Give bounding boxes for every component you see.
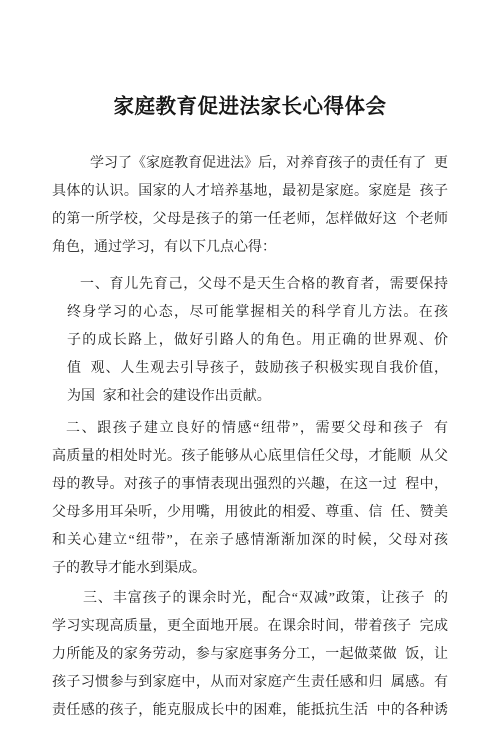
text-line: 力所能及的家务劳动，参与家庭事务分工，一起做菜做 饭，让 xyxy=(52,641,448,669)
text-line: 为国 家和社会的建设作出贡献。 xyxy=(67,383,448,411)
text-line: 母的教导。对孩子的事情表现出强烈的兴趣，在这一过 程中， xyxy=(52,471,448,499)
text-line: 一、育儿先育己，父母不是天生合格的教育者，需要保持 xyxy=(80,271,448,299)
text-line: 高质量的相处时光。孩子能够从心底里信任父母，才能顺 从父 xyxy=(52,443,448,471)
paragraph-point-3: 三、丰富孩子的课余时光，配合“双减”政策，让孩子 的 学习实现高质量，更全面地开… xyxy=(52,585,500,725)
text-line: 孩子习惯参与到家庭中，从而对家庭产生责任感和归 属感。有 xyxy=(52,669,448,697)
document-title: 家庭教育促进法家长心得体会 xyxy=(0,94,500,120)
text-line: 的第一所学校，父母是孩子的第一任老师，怎样做好这 个老师 xyxy=(52,206,448,234)
text-line: 终身学习的心态，尽可能掌握相关的科学育儿方法。在孩 xyxy=(67,299,448,327)
text-line: 值 观、人生观去引导孩子，鼓励孩子积极实现自我价值， xyxy=(67,355,448,383)
document-body: 学习了《家庭教育促进法》后，对养育孩子的责任有了 更 具体的认识。国家的人才培养… xyxy=(0,150,500,725)
text-line: 子的教导才能水到渠成。 xyxy=(52,555,448,583)
paragraph-point-2: 二、跟孩子建立良好的情感“纽带”，需要父母和孩子 有 高质量的相处时光。孩子能够… xyxy=(52,415,500,583)
text-line: 三、丰富孩子的课余时光，配合“双减”政策，让孩子 的 xyxy=(83,585,448,613)
document-page: 家庭教育促进法家长心得体会 学习了《家庭教育促进法》后，对养育孩子的责任有了 更… xyxy=(0,0,500,747)
text-line: 子的成长路上，做好引路人的角色。用正确的世界观、价 xyxy=(67,327,448,355)
text-line: 和关心建立“纽带”，在亲子感情渐渐加深的时候，父母对孩 xyxy=(52,527,448,555)
paragraph-intro: 学习了《家庭教育促进法》后，对养育孩子的责任有了 更 具体的认识。国家的人才培养… xyxy=(52,150,500,262)
text-line: 二、跟孩子建立良好的情感“纽带”，需要父母和孩子 有 xyxy=(66,415,448,443)
text-line: 具体的认识。国家的人才培养基地，最初是家庭。家庭是 孩子 xyxy=(52,178,448,206)
text-line: 学习实现高质量，更全面地开展。在课余时间，带着孩子 完成 xyxy=(52,613,448,641)
text-line: 学习了《家庭教育促进法》后，对养育孩子的责任有了 更 xyxy=(90,150,448,178)
text-line: 父母多用耳朵听，少用嘴，用彼此的相爱、尊重、信 任、赞美 xyxy=(52,499,448,527)
text-line: 角色，通过学习，有以下几点心得： xyxy=(52,234,448,262)
paragraph-point-1: 一、育儿先育己，父母不是天生合格的教育者，需要保持 终身学习的心态，尽可能掌握相… xyxy=(52,271,500,411)
text-line: 责任感的孩子，能克服成长中的困难，能抵抗生活 中的各种诱 xyxy=(52,697,448,725)
